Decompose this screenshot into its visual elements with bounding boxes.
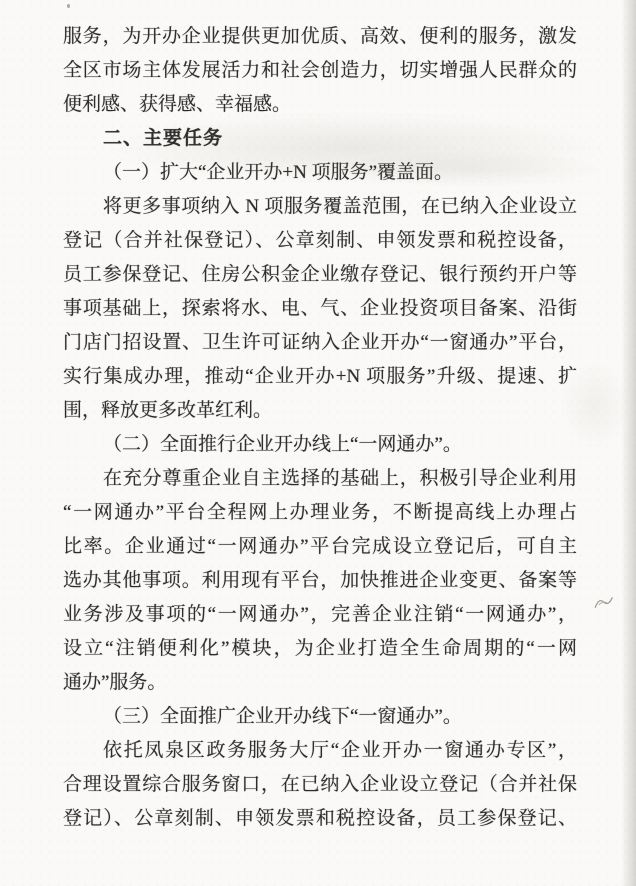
text-line: 事项基础上，探索将水、电、气、企业投资项目备案、沿街: [63, 292, 577, 326]
section-heading: 二、主要任务: [63, 122, 577, 156]
text-line: （三）全面推广企业开办线下“一窗通办”。: [63, 700, 577, 734]
text-line: 服务，为开办企业提供更加优质、高效、便利的服务，激发: [63, 20, 577, 54]
document-text: 服务，为开办企业提供更加优质、高效、便利的服务，激发全区市场主体发展活力和社会创…: [63, 20, 577, 836]
text-line: 业务涉及事项的“一网通办”，完善企业注销“一网通办”，: [63, 598, 577, 632]
text-line: 设立“注销便利化”模块，为企业打造全生命周期的“一网: [63, 632, 577, 666]
text-line: 将更多事项纳入 N 项服务覆盖范围，在已纳入企业设立: [63, 190, 577, 224]
text-line: 员工参保登记、住房公积金企业缴存登记、银行预约开户等: [63, 258, 577, 292]
text-line: 选办其他事项。利用现有平台，加快推进企业变更、备案等: [63, 564, 577, 598]
text-line: 合理设置综合服务窗口，在已纳入企业设立登记（合并社保: [63, 768, 577, 802]
text-line: 依托凤泉区政务服务大厅“企业开办一窗通办专区”，: [63, 734, 577, 768]
text-line: 全区市场主体发展活力和社会创造力，切实增强人民群众的: [63, 54, 577, 88]
scan-speck: [67, 4, 70, 8]
text-line: （二）全面推行企业开办线上“一网通办”。: [63, 428, 577, 462]
text-line: 便利感、获得感、幸福感。: [63, 88, 577, 122]
text-line: 实行集成办理，推动“企业开办+N 项服务”升级、提速、扩: [63, 360, 577, 394]
text-line: 比率。企业通过“一网通办”平台完成设立登记后，可自主: [63, 530, 577, 564]
text-line: 通办”服务。: [63, 666, 577, 700]
text-line: 门店门招设置、卫生许可证纳入企业开办“一窗通办”平台，: [63, 326, 577, 360]
pencil-mark-artifact: [592, 594, 616, 616]
text-line: 登记（合并社保登记）、公章刻制、申领发票和税控设备，: [63, 224, 577, 258]
document-page: 服务，为开办企业提供更加优质、高效、便利的服务，激发全区市场主体发展活力和社会创…: [0, 0, 636, 886]
text-line: 围，释放更多改革红利。: [63, 394, 577, 428]
text-line: 登记）、公章刻制、申领发票和税控设备，员工参保登记、: [63, 802, 577, 836]
text-line: 在充分尊重企业自主选择的基础上，积极引导企业利用: [63, 462, 577, 496]
text-line: “一网通办”平台全程网上办理业务，不断提高线上办理占: [63, 496, 577, 530]
scan-edge-shade: [621, 0, 636, 886]
text-line: （一）扩大“企业开办+N 项服务”覆盖面。: [63, 156, 577, 190]
